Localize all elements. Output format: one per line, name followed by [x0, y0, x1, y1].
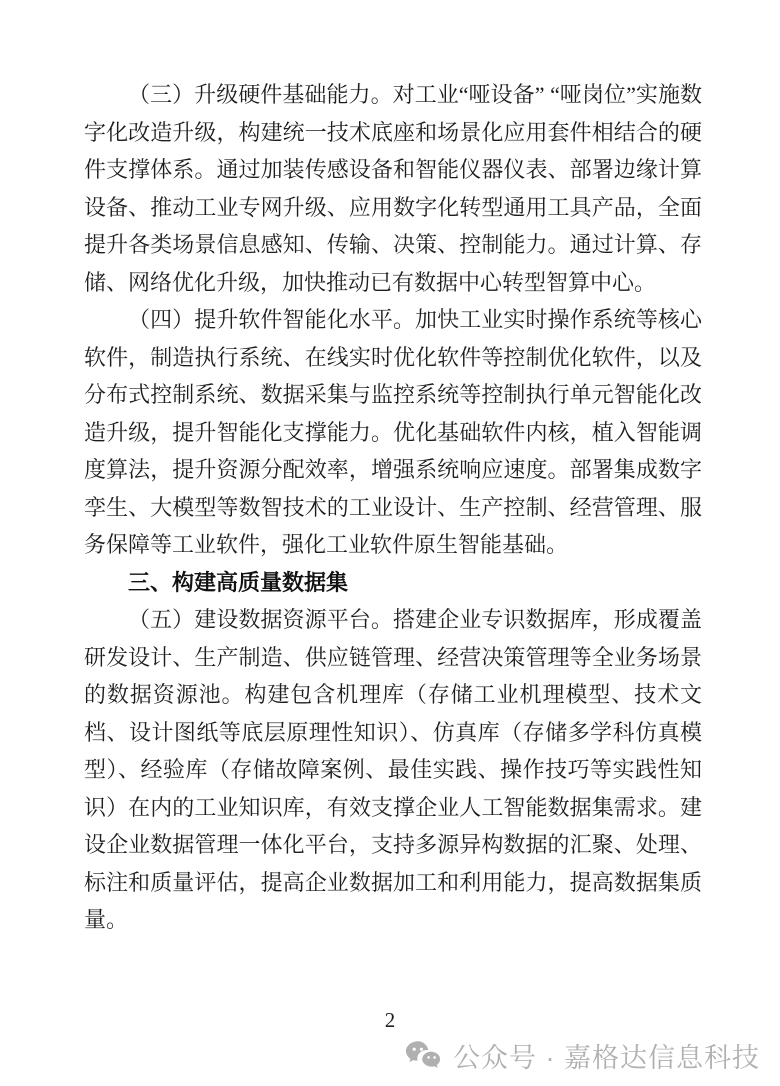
document-body: （三）升级硬件基础能力。对工业“哑设备” “哑岗位”实施数字化改造升级，构建统一…: [84, 76, 702, 939]
watermark-text: 公众号 · 嘉格达信息科技: [453, 1036, 760, 1075]
paragraph-improve-software: （四）提升软件智能化水平。加快工业实时操作系统等核心软件，制造执行系统、在线实时…: [84, 301, 702, 564]
document-page: （三）升级硬件基础能力。对工业“哑设备” “哑岗位”实施数字化改造升级，构建统一…: [0, 0, 780, 1086]
wechat-icon: [405, 1040, 443, 1072]
paragraph-data-platform: （五）建设数据资源平台。搭建企业专识数据库，形成覆盖研发设计、生产制造、供应链管…: [84, 601, 702, 939]
watermark: 公众号 · 嘉格达信息科技: [405, 1036, 760, 1075]
page-number: 2: [0, 1008, 780, 1033]
paragraph-upgrade-hardware: （三）升级硬件基础能力。对工业“哑设备” “哑岗位”实施数字化改造升级，构建统一…: [84, 76, 702, 301]
section-heading: 三、构建高质量数据集: [84, 564, 702, 602]
